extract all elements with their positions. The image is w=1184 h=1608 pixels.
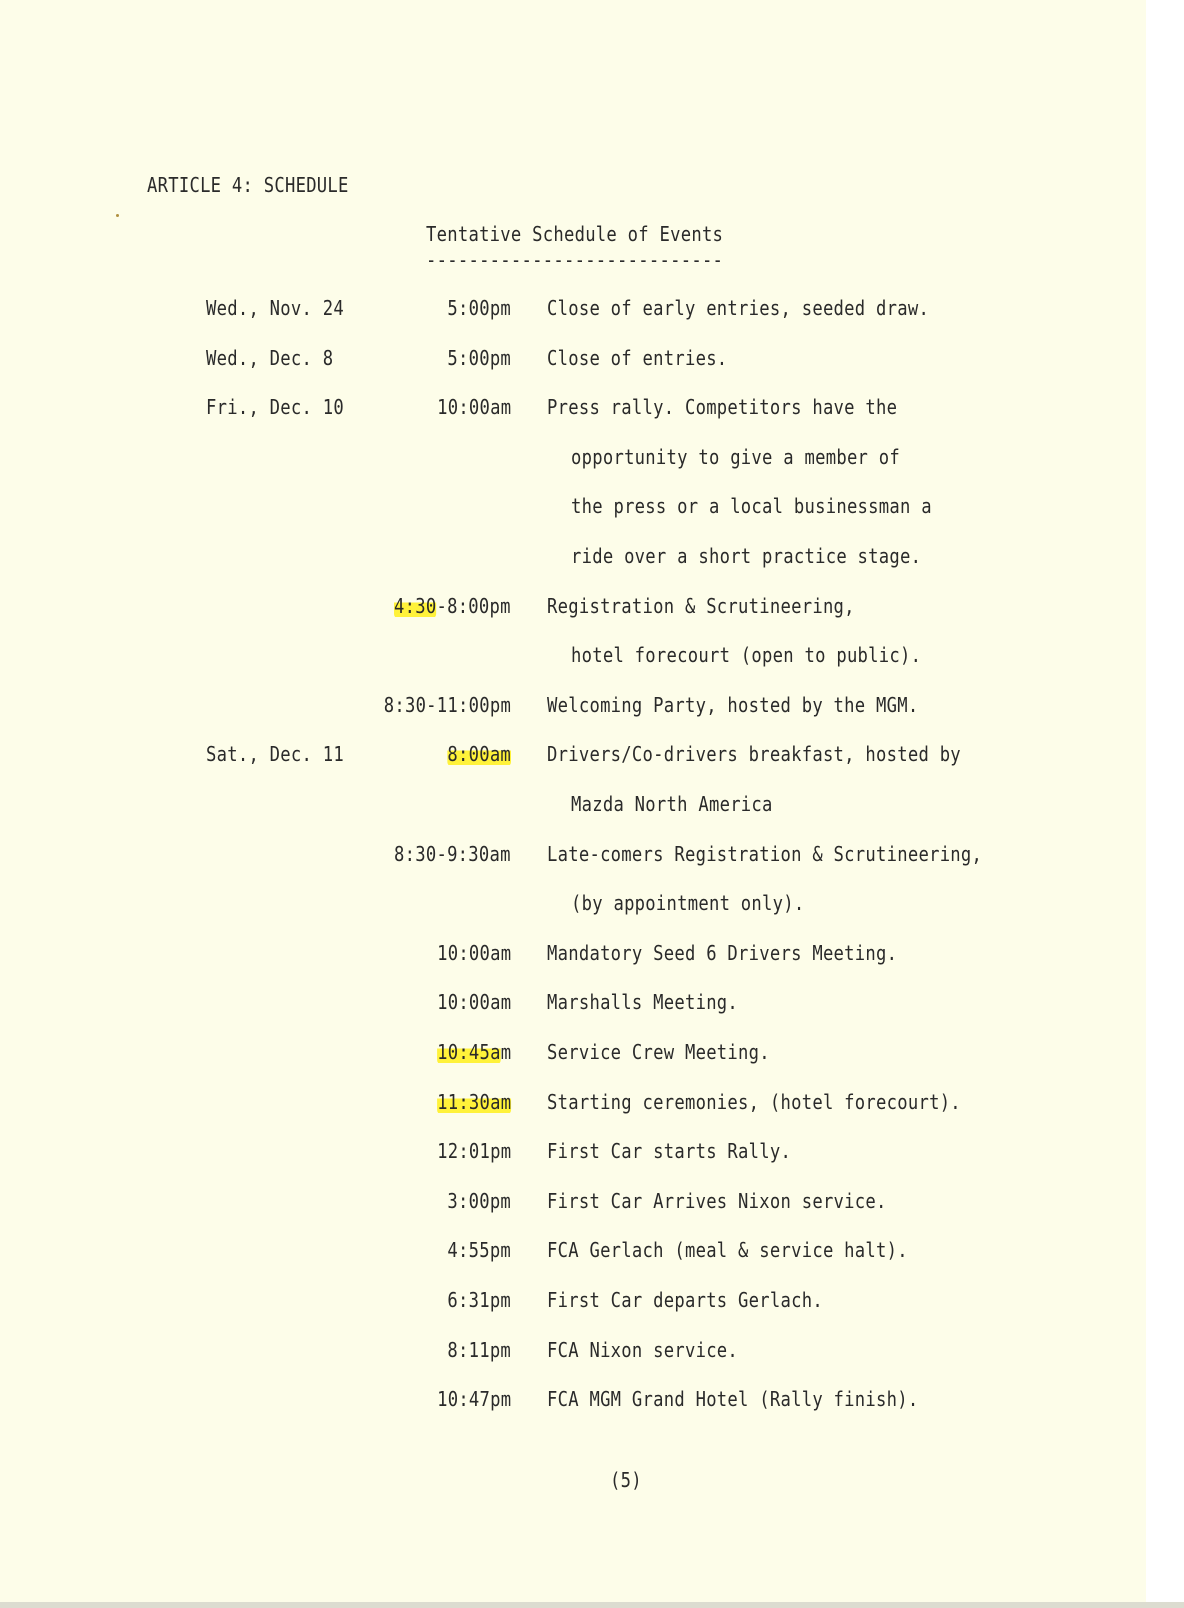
event-time: 8:00am [447,742,511,766]
event-description: First Car departs Gerlach. [547,1288,823,1312]
event-date: Wed., Dec. 8 [206,346,333,370]
event-description: FCA MGM Grand Hotel (Rally finish). [547,1387,918,1411]
title-underline: ---------------------------- [426,250,723,270]
event-date: Wed., Nov. 24 [206,296,344,320]
event-description: Registration & Scrutineering, [547,594,855,618]
scan-edge [0,1602,1184,1608]
schedule-title: Tentative Schedule of Events [426,222,723,246]
event-time: 4:30-8:00pm [394,594,511,618]
event-description-continued: hotel forecourt (open to public). [571,643,921,667]
event-time: 10:00am [437,395,511,419]
event-time: 10:47pm [437,1387,511,1411]
event-time: 8:11pm [447,1338,511,1362]
event-description: Starting ceremonies, (hotel forecourt). [547,1090,961,1114]
event-time: 11:30am [437,1090,511,1114]
article-heading: ARTICLE 4: SCHEDULE [147,173,349,197]
event-time: 5:00pm [447,346,511,370]
page-number: (5) [610,1468,642,1492]
event-description-continued: (by appointment only). [571,891,805,915]
event-description: Service Crew Meeting. [547,1040,770,1064]
event-description-continued: the press or a local businessman a [571,494,932,518]
event-time: 12:01pm [437,1139,511,1163]
event-time: 6:31pm [447,1288,511,1312]
highlighter-mark: 10:45a [437,1040,501,1064]
event-description: FCA Nixon service. [547,1338,738,1362]
event-description-continued: opportunity to give a member of [571,445,900,469]
event-time: 5:00pm [447,296,511,320]
document-page: ARTICLE 4: SCHEDULE Tentative Schedule o… [0,0,1146,1602]
event-description: Close of early entries, seeded draw. [547,296,929,320]
event-description: Drivers/Co-drivers breakfast, hosted by [547,742,961,766]
highlighter-mark: 11:30am [437,1090,511,1114]
event-description: Close of entries. [547,346,727,370]
event-description: Marshalls Meeting. [547,990,738,1014]
event-description: FCA Gerlach (meal & service halt). [547,1238,908,1262]
event-description: Mandatory Seed 6 Drivers Meeting. [547,941,897,965]
event-time: 8:30-9:30am [394,842,511,866]
paper-speck [116,214,119,217]
event-description-continued: ride over a short practice stage. [571,544,921,568]
event-description: First Car starts Rally. [547,1139,791,1163]
event-date: Sat., Dec. 11 [206,742,344,766]
event-description: Late-comers Registration & Scrutineering… [547,842,982,866]
event-time: 3:00pm [447,1189,511,1213]
event-description-continued: Mazda North America [571,792,773,816]
event-description: Press rally. Competitors have the [547,395,897,419]
event-time: 10:45am [437,1040,511,1064]
event-date: Fri., Dec. 10 [206,395,344,419]
highlighter-mark: 8:00am [447,742,511,766]
event-time: 4:55pm [447,1238,511,1262]
event-time: 10:00am [437,941,511,965]
event-description: Welcoming Party, hosted by the MGM. [547,693,918,717]
highlighter-mark: 4:30 [394,594,436,618]
event-time: 8:30-11:00pm [384,693,511,717]
event-description: First Car Arrives Nixon service. [547,1189,887,1213]
event-time: 10:00am [437,990,511,1014]
